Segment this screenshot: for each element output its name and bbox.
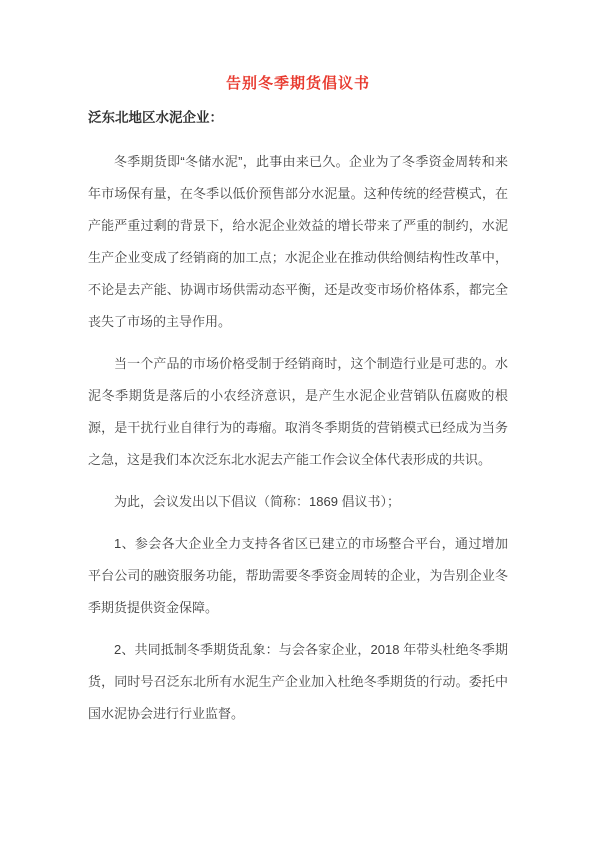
paragraph: 2、共同抵制冬季期货乱象：与会各家企业，2018 年带头杜绝冬季期货，同时号召泛…: [88, 634, 508, 730]
document-page: 告别冬季期货倡议书 泛东北地区水泥企业： 冬季期货即“冬储水泥”，此事由来已久。…: [0, 0, 595, 842]
document-title: 告别冬季期货倡议书: [88, 74, 508, 94]
paragraph: 当一个产品的市场价格受制于经销商时，这个制造行业是可悲的。水泥冬季期货是落后的小…: [88, 348, 508, 476]
paragraph: 1、参会各大企业全力支持各省区已建立的市场整合平台，通过增加平台公司的融资服务功…: [88, 528, 508, 624]
paragraph: 冬季期货即“冬储水泥”，此事由来已久。企业为了冬季资金周转和来年市场保有量，在冬…: [88, 146, 508, 338]
paragraph: 为此，会议发出以下倡议（简称：1869 倡议书）；: [88, 486, 508, 518]
document-content: 告别冬季期货倡议书 泛东北地区水泥企业： 冬季期货即“冬储水泥”，此事由来已久。…: [0, 0, 595, 730]
salutation-line: 泛东北地区水泥企业：: [88, 108, 508, 128]
document-body: 冬季期货即“冬储水泥”，此事由来已久。企业为了冬季资金周转和来年市场保有量，在冬…: [88, 146, 508, 730]
